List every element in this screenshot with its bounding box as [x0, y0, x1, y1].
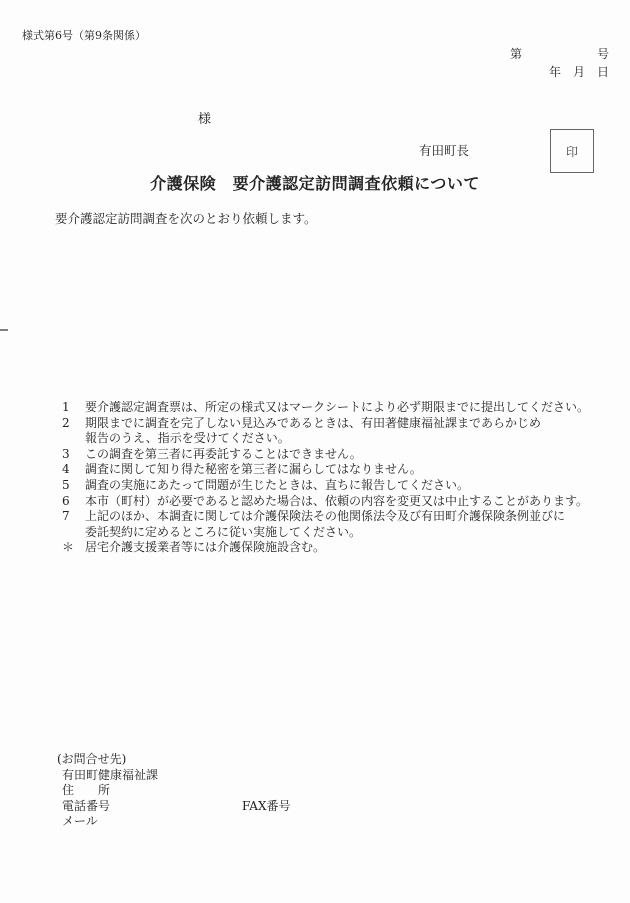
form-id-label: 様式第6号（第9条関係）	[22, 27, 146, 43]
recipient-honorific: 様	[198, 108, 211, 127]
note-line: 5 調査の実施にあたって問題が生じたときは、直ちに報告してください。	[62, 478, 592, 494]
note-marker: 1	[62, 400, 85, 416]
note-marker	[62, 431, 85, 447]
note-line: 報告のうえ、指示を受けてください。	[62, 431, 592, 447]
note-line: 委託契約に定めるところに従い実施してください。	[62, 525, 592, 541]
note-marker: ＊	[62, 540, 85, 556]
contact-address-label: 住 所	[62, 783, 291, 799]
contact-fax-label: FAX番号	[242, 799, 291, 815]
note-marker: 4	[62, 462, 85, 478]
seal-label: 印	[566, 143, 578, 160]
contact-email-label: メール	[62, 814, 291, 830]
notes-list: 1 要介護認定調査票は、所定の様式又はマークシートにより必ず期限までに提出してく…	[62, 400, 592, 556]
contact-phone-fax-row: 電話番号 FAX番号	[62, 799, 291, 815]
note-line: 4 調査に関して知り得た秘密を第三者に漏らしてはなりません。	[62, 462, 592, 478]
note-text: 調査に関して知り得た秘密を第三者に漏らしてはなりません。	[85, 462, 592, 478]
contact-office: 有田町健康福祉課	[62, 768, 291, 784]
note-text: 居宅介護支援業者等には介護保険施設含む。	[85, 540, 592, 556]
note-line: 7 上記のほか、本調査に関しては介護保険法その他関係法令及び有田町介護保険条例並…	[62, 509, 592, 525]
note-text: 調査の実施にあたって問題が生じたときは、直ちに報告してください。	[85, 478, 592, 494]
seal-box: 印	[550, 129, 594, 173]
note-line: 1 要介護認定調査票は、所定の様式又はマークシートにより必ず期限までに提出してく…	[62, 400, 592, 416]
note-text: 要介護認定調査票は、所定の様式又はマークシートにより必ず期限までに提出してくださ…	[85, 400, 592, 416]
note-text: この調査を第三者に再委託することはできません。	[85, 447, 592, 463]
note-marker: 5	[62, 478, 85, 494]
note-line: 6 本市（町村）が必要であると認めた場合は、依頼の内容を変更又は中止することがあ…	[62, 494, 592, 510]
note-marker: 3	[62, 447, 85, 463]
sender-name: 有田町長	[419, 141, 469, 159]
contact-phone-label: 電話番号	[62, 799, 242, 815]
date-line: 年 月 日	[549, 63, 609, 80]
page-title: 介護保険 要介護認定訪問調査依頼について	[0, 171, 630, 194]
contact-block: (お問合せ先) 有田町健康福祉課 住 所 電話番号 FAX番号 メール	[57, 752, 291, 830]
note-marker: 6	[62, 494, 85, 510]
intro-text: 要介護認定訪問調査を次のとおり依頼します。	[55, 209, 317, 227]
note-marker: 2	[62, 416, 85, 432]
note-text: 報告のうえ、指示を受けてください。	[85, 431, 592, 447]
doc-number-line: 第 号	[510, 45, 609, 62]
note-line: 3 この調査を第三者に再委託することはできません。	[62, 447, 592, 463]
doc-number-suffix: 号	[597, 45, 609, 62]
fold-mark	[0, 329, 8, 331]
note-line: ＊ 居宅介護支援業者等には介護保険施設含む。	[62, 540, 592, 556]
document-page: 様式第6号（第9条関係） 第 号 年 月 日 様 有田町長 印 介護保険 要介護…	[0, 0, 630, 903]
contact-heading: (お問合せ先)	[57, 752, 291, 768]
note-text: 上記のほか、本調査に関しては介護保険法その他関係法令及び有田町介護保険条例並びに	[85, 509, 592, 525]
note-marker	[62, 525, 85, 541]
doc-number-prefix: 第	[510, 45, 522, 62]
note-line: 2 期限までに調査を完了しない見込みであるときは、有田著健康福祉課まであらかじめ	[62, 416, 592, 432]
note-text: 本市（町村）が必要であると認めた場合は、依頼の内容を変更又は中止することがありま…	[85, 494, 592, 510]
note-text: 期限までに調査を完了しない見込みであるときは、有田著健康福祉課まであらかじめ	[85, 416, 592, 432]
note-marker: 7	[62, 509, 85, 525]
note-text: 委託契約に定めるところに従い実施してください。	[85, 525, 592, 541]
